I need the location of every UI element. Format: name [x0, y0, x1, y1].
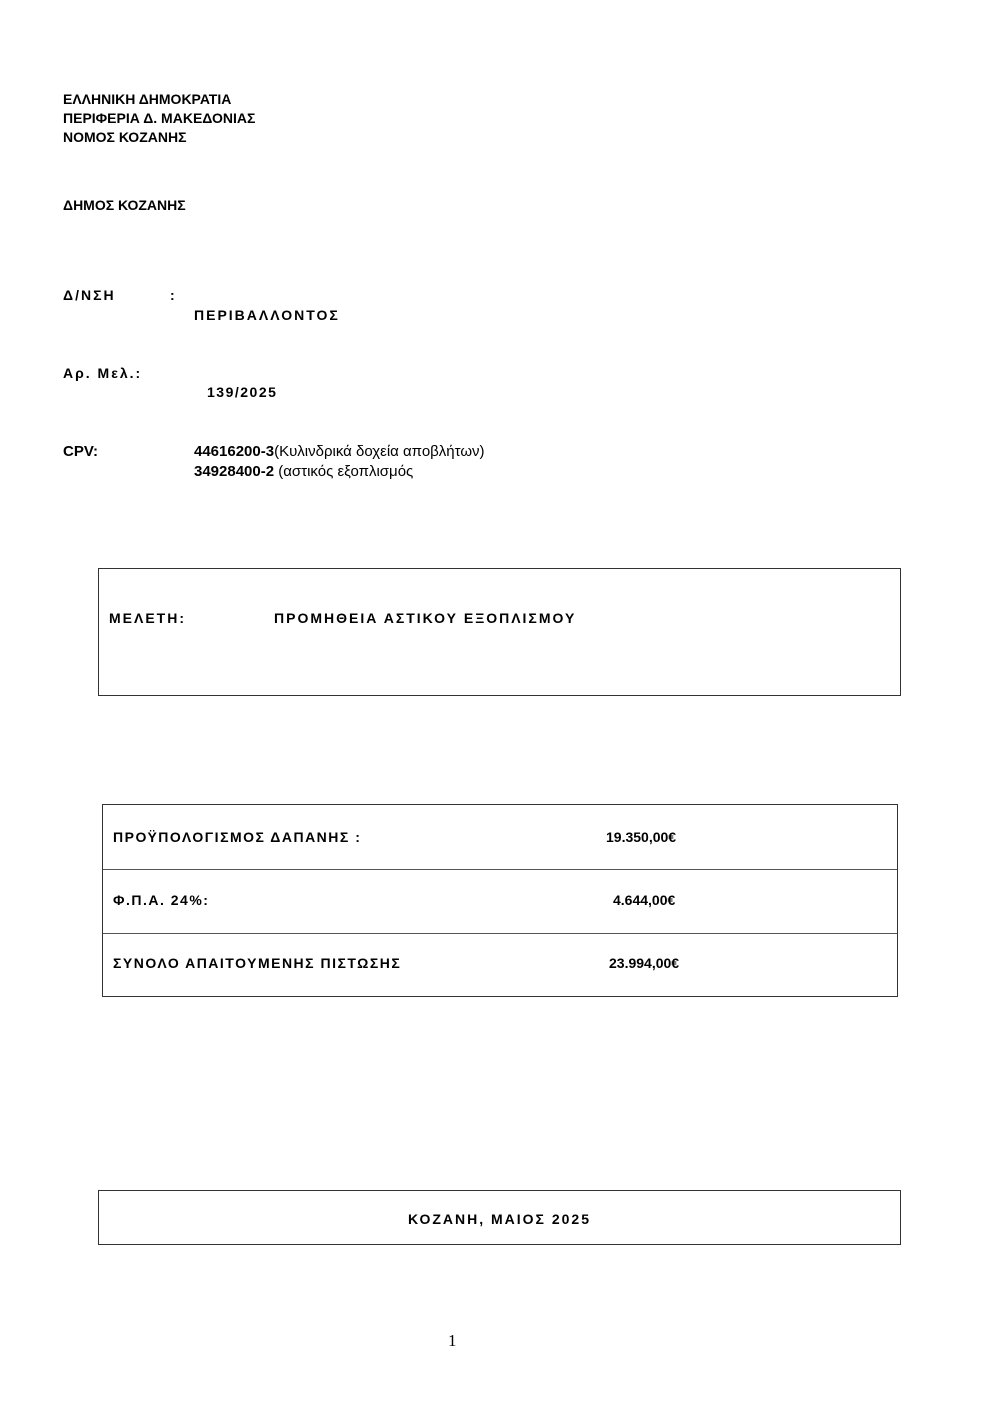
cpv-description: (αστικός εξοπλισμός [274, 463, 413, 480]
prefecture-heading: ΝΟΜΟΣ ΚΟΖΑΝΗΣ [63, 128, 186, 146]
total-label: ΣΥΝΟΛΟ ΑΠΑΙΤΟΥΜΕΝΗΣ ΠΙΣΤΩΣΗΣ [113, 955, 401, 971]
study-number-label: Αρ. Μελ.: [63, 365, 142, 381]
vat-value: 4.644,00€ [613, 892, 675, 908]
municipality-heading: ΔΗΜΟΣ ΚΟΖΑΝΗΣ [63, 196, 186, 214]
cpv-code: 34928400-2 [194, 463, 274, 480]
budget-value: 19.350,00€ [606, 829, 676, 845]
study-number-value: 139/2025 [207, 384, 277, 400]
directorate-colon: : [170, 287, 175, 303]
study-title: ΠΡΟΜΗΘΕΙΑ ΑΣΤΙΚΟΥ ΕΞΟΠΛΙΣΜΟΥ [274, 610, 576, 626]
table-row: ΠΡΟΫΠΟΛΟΓΙΣΜΟΣ ΔΑΠΑΝΗΣ : 19.350,00€ [103, 805, 897, 870]
table-row: ΣΥΝΟΛΟ ΑΠΑΙΤΟΥΜΕΝΗΣ ΠΙΣΤΩΣΗΣ 23.994,00€ [103, 934, 897, 997]
region-heading: ΠΕΡΙΦΕΡΙΑ Δ. ΜΑΚΕΔΟΝΙΑΣ [63, 109, 255, 127]
cpv-label: CPV: [63, 443, 98, 460]
study-title-box: ΜΕΛΕΤΗ: ΠΡΟΜΗΘΕΙΑ ΑΣΤΙΚΟΥ ΕΞΟΠΛΙΣΜΟΥ [98, 568, 901, 696]
total-value: 23.994,00€ [609, 955, 679, 971]
study-label: ΜΕΛΕΤΗ: [109, 610, 186, 626]
place-date: ΚΟΖΑΝΗ, ΜΑΙΟΣ 2025 [99, 1211, 900, 1227]
budget-label: ΠΡΟΫΠΟΛΟΓΙΣΜΟΣ ΔΑΠΑΝΗΣ : [113, 829, 361, 845]
cpv-line-1: 44616200-3(Κυλινδρικά δοχεία αποβλήτων) [194, 443, 485, 460]
place-date-box: ΚΟΖΑΝΗ, ΜΑΙΟΣ 2025 [98, 1190, 901, 1245]
vat-label: Φ.Π.Α. 24%: [113, 892, 209, 908]
cpv-description: (Κυλινδρικά δοχεία αποβλήτων) [274, 443, 484, 460]
budget-table: ΠΡΟΫΠΟΛΟΓΙΣΜΟΣ ΔΑΠΑΝΗΣ : 19.350,00€ Φ.Π.… [102, 804, 898, 997]
country-heading: ΕΛΛΗΝΙΚΗ ΔΗΜΟΚΡΑΤΙΑ [63, 90, 231, 108]
cpv-line-2: 34928400-2 (αστικός εξοπλισμός [194, 463, 413, 480]
table-row: Φ.Π.Α. 24%: 4.644,00€ [103, 870, 897, 934]
cpv-code: 44616200-3 [194, 443, 274, 460]
directorate-value: ΠΕΡΙΒΑΛΛΟΝΤΟΣ [194, 307, 340, 323]
page-number: 1 [448, 1331, 457, 1351]
directorate-label: Δ/ΝΣΗ [63, 287, 116, 303]
